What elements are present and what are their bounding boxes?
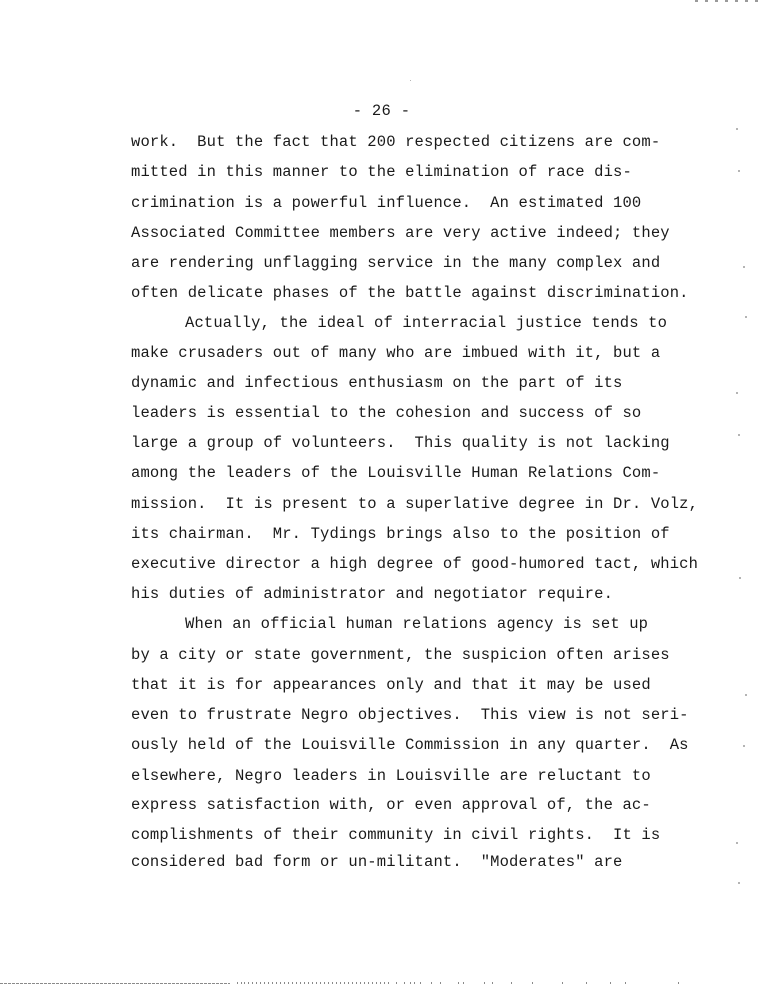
scan-speck [736,128,738,130]
text-line: elsewhere, Negro leaders in Louisville a… [131,767,651,785]
text-line: considered bad form or un-militant. "Mod… [131,853,622,871]
text-line: that it is for appearances only and that… [131,676,651,694]
text-line: express satisfaction with, or even appro… [131,796,651,814]
scan-speck [410,80,411,81]
text-line: Actually, the ideal of interracial justi… [185,314,667,332]
text-line: even to frustrate Negro objectives. This… [131,706,689,724]
text-line: large a group of volunteers. This qualit… [131,434,670,452]
text-line: leaders is essential to the cohesion and… [131,404,641,422]
text-line: work. But the fact that 200 respected ci… [131,133,660,151]
scan-speck [736,842,738,844]
scan-speck [745,316,747,318]
scan-speck [743,745,745,747]
text-line: crimination is a powerful influence. An … [131,194,641,212]
scan-speck [738,170,740,172]
scan-speck [738,434,740,436]
text-line: mitted in this manner to the elimination… [131,163,632,181]
text-line: make crusaders out of many who are imbue… [131,344,660,362]
text-line: by a city or state government, the suspi… [131,646,670,664]
text-line: his duties of administrator and negotiat… [131,585,613,603]
text-line: mission. It is present to a superlative … [131,495,698,513]
text-line: dynamic and infectious enthusiasm on the… [131,374,622,392]
text-line: ously held of the Louisville Commission … [131,736,689,754]
text-line: among the leaders of the Louisville Huma… [131,464,660,482]
scan-speck [736,392,738,394]
text-line: are rendering unflagging service in the … [131,254,660,272]
scan-speck [743,266,745,268]
scan-speck [739,577,741,579]
text-line: Associated Committee members are very ac… [131,224,670,242]
page-number: - 26 - [0,102,763,120]
text-line: When an official human relations agency … [185,615,648,633]
scan-speck [738,882,740,884]
scan-speck [745,694,747,696]
document-page: - 26 - work. But the fact that 200 respe… [0,0,763,985]
text-line: executive director a high degree of good… [131,555,698,573]
text-line: its chairman. Mr. Tydings brings also to… [131,525,670,543]
text-line: complishments of their community in civi… [131,826,660,844]
text-line: often delicate phases of the battle agai… [131,284,689,302]
scan-edge-top-dots [695,0,763,2]
scan-edge-bottom-dots [0,983,230,984]
